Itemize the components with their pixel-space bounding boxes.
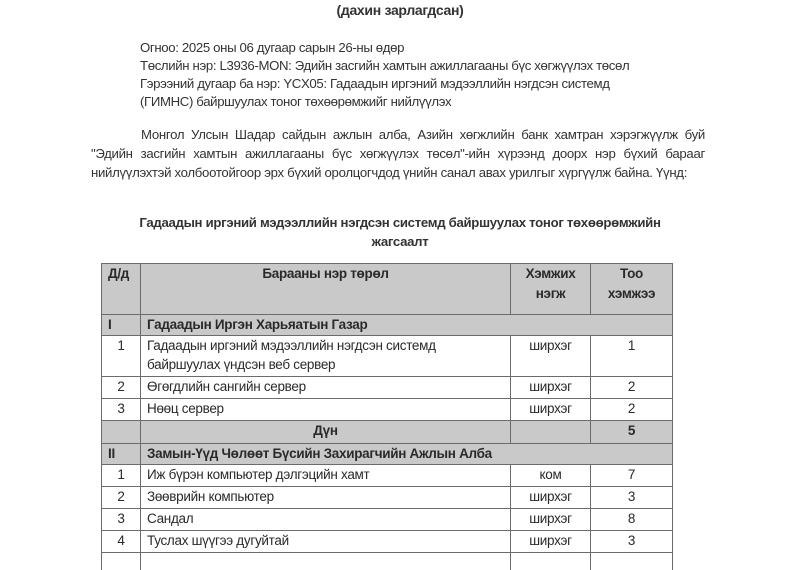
row-name: Сандал <box>141 509 511 531</box>
meta-project: Төслийн нэр: L3936-MON: Эдийн засгийн ха… <box>140 57 680 75</box>
row-unit: ком <box>511 465 591 487</box>
row-qty: 8 <box>591 509 673 531</box>
section-row: II Замын-Үүд Чөлөөт Бүсийн Захирагчийн А… <box>102 444 673 465</box>
row-unit: ширхэг <box>511 377 591 399</box>
total-no <box>102 421 141 444</box>
meta-contract-line2: (ГИМНС) байршуулах тоног төхөөрөмжийг ни… <box>140 93 680 111</box>
total-label: Дүн <box>141 421 511 444</box>
row-unit: ширхэг <box>511 531 591 553</box>
row-unit: ширхэг <box>511 399 591 421</box>
row-qty: 7 <box>591 465 673 487</box>
table-row: 1 Иж бүрэн компьютер дэлгэцийн хамт ком … <box>102 465 673 487</box>
row-no: 4 <box>102 531 141 553</box>
table-row: 3 Сандал ширхэг 8 <box>102 509 673 531</box>
total-qty: 5 <box>591 421 673 444</box>
table-row: 4 Туслах шүүгээ дугуйтай ширхэг 3 <box>102 531 673 553</box>
table-title: Гадаадын иргэний мэдээллийн нэгдсэн сист… <box>130 213 670 251</box>
total-unit <box>511 421 591 444</box>
row-name: Зөөврийн компьютер <box>141 487 511 509</box>
row-qty: 3 <box>591 531 673 553</box>
items-table: Д/д Барааны нэр төрөл Хэмжих нэгж Тоо хэ… <box>101 263 673 570</box>
row-qty: 1 <box>591 336 673 377</box>
meta-contract-line1: Гэрээний дугаар ба нэр: YCX05: Гадаадын … <box>140 75 680 93</box>
total-row: Дүн 5 <box>102 421 673 444</box>
section-row: I Гадаадын Иргэн Харьяатын Газар <box>102 315 673 336</box>
row-no: 2 <box>102 377 141 399</box>
section-title: Гадаадын Иргэн Харьяатын Газар <box>141 315 673 336</box>
meta-date: Огноо: 2025 оны 06 дугаар сарын 26-ны өд… <box>140 39 680 57</box>
table-header-row: Д/д Барааны нэр төрөл Хэмжих нэгж Тоо хэ… <box>102 264 673 315</box>
table-row: 3 Нөөц сервер ширхэг 2 <box>102 399 673 421</box>
row-qty: 2 <box>591 399 673 421</box>
row-name: Иж бүрэн компьютер дэлгэцийн хамт <box>141 465 511 487</box>
section-numeral: II <box>102 444 141 465</box>
document-subtitle: (дахин зарлагдсан) <box>0 2 800 18</box>
table-row: 1 Гадаадын иргэний мэдээллийн нэгдсэн си… <box>102 336 673 377</box>
header-qty: Тоо хэмжээ <box>591 264 673 315</box>
row-name: Нөөц сервер <box>141 399 511 421</box>
header-unit: Хэмжих нэгж <box>511 264 591 315</box>
intro-paragraph: Монгол Улсын Шадар сайдын ажлын алба, Аз… <box>91 125 705 182</box>
row-no: 1 <box>102 336 141 377</box>
section-title: Замын-Үүд Чөлөөт Бүсийн Захирагчийн Ажлы… <box>141 444 673 465</box>
row-no: 3 <box>102 509 141 531</box>
row-no: 3 <box>102 399 141 421</box>
table-row: 2 Өгөгдлийн сангийн сервер ширхэг 2 <box>102 377 673 399</box>
row-unit: ширхэг <box>511 509 591 531</box>
row-no: 1 <box>102 465 141 487</box>
row-qty: 3 <box>591 487 673 509</box>
row-qty: 2 <box>591 377 673 399</box>
header-name: Барааны нэр төрөл <box>141 264 511 315</box>
document-meta: Огноо: 2025 оны 06 дугаар сарын 26-ны өд… <box>140 39 680 111</box>
row-no: 2 <box>102 487 141 509</box>
header-no: Д/д <box>102 264 141 315</box>
table-row-partial <box>102 553 673 570</box>
row-name: Туслах шүүгээ дугуйтай <box>141 531 511 553</box>
table-row: 2 Зөөврийн компьютер ширхэг 3 <box>102 487 673 509</box>
row-name: Өгөгдлийн сангийн сервер <box>141 377 511 399</box>
section-numeral: I <box>102 315 141 336</box>
row-unit: ширхэг <box>511 487 591 509</box>
row-name: Гадаадын иргэний мэдээллийн нэгдсэн сист… <box>141 336 511 377</box>
row-unit: ширхэг <box>511 336 591 377</box>
